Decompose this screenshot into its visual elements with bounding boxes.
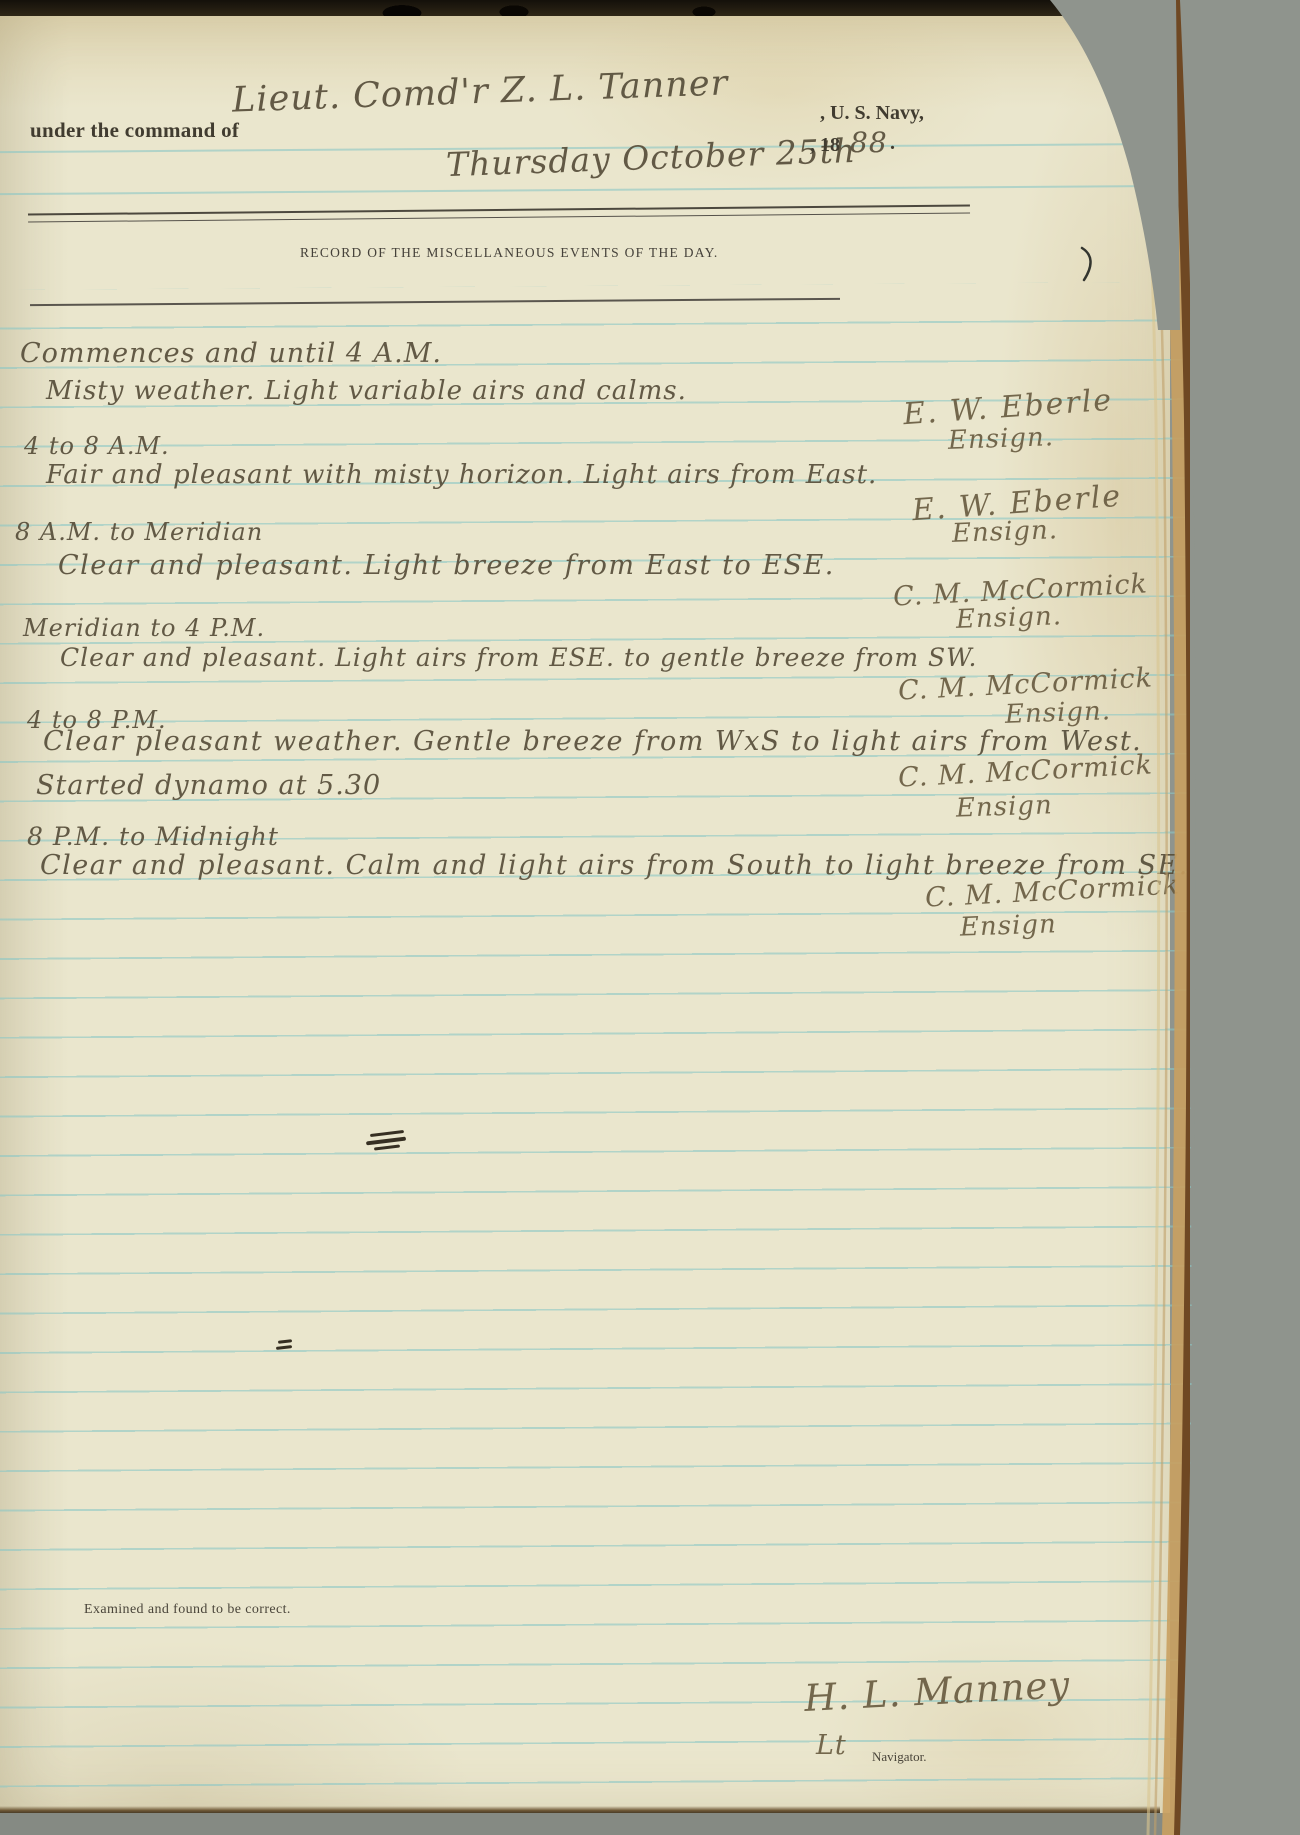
ink-smudge	[364, 1130, 410, 1156]
backdrop-right	[1180, 0, 1300, 1835]
section-title: RECORD OF THE MISCELLANEOUS EVENTS OF TH…	[300, 245, 719, 261]
entry-remark-line: Started dynamo at 5.30	[36, 770, 381, 801]
commander-signature: Lieut. Comd'r Z. L. Tanner	[231, 63, 728, 120]
footer-examined-note: Examined and found to be correct.	[84, 1602, 291, 1618]
entry-weather-line: Clear and pleasant. Light breeze from Ea…	[58, 550, 835, 581]
entry-weather-line: Clear pleasant weather. Gentle breeze fr…	[43, 726, 1142, 757]
year-printed-prefix: , 18	[810, 134, 840, 157]
navigator-rank: Lt	[816, 1730, 847, 1761]
entry-heading: 8 P.M. to Midnight	[27, 822, 279, 851]
book-top-edge	[0, 0, 1075, 16]
entry-weather-line: Clear and pleasant. Light airs from ESE.…	[60, 643, 977, 672]
entry-weather-line: Misty weather. Light variable airs and c…	[46, 376, 687, 406]
navigator-role-label: Navigator.	[872, 1749, 927, 1765]
backdrop-top-right	[1050, 0, 1180, 330]
entry-weather-line: Fair and pleasant with misty horizon. Li…	[46, 460, 877, 490]
entry-heading: Meridian to 4 P.M.	[23, 614, 265, 642]
section-divider-double-rule	[28, 204, 970, 222]
ink-fleck	[276, 1338, 298, 1354]
header-navy-suffix: , U. S. Navy,	[820, 102, 924, 125]
stray-fiber-mark	[1082, 248, 1091, 280]
year-handwritten: 88	[850, 126, 888, 159]
entry-heading: Commences and until 4 A.M.	[20, 338, 442, 369]
photo-backdrop: under the command of Lieut. Comd'r Z. L.…	[0, 0, 1300, 1835]
year-period: .	[890, 132, 895, 155]
entry-heading: 4 to 8 A.M.	[24, 432, 170, 460]
date-handwritten: Thursday October 25th	[445, 131, 856, 184]
page-fore-edge	[980, 0, 1300, 1835]
entry-heading: 8 A.M. to Meridian	[15, 518, 263, 546]
header-command-prefix: under the command of	[30, 118, 239, 143]
